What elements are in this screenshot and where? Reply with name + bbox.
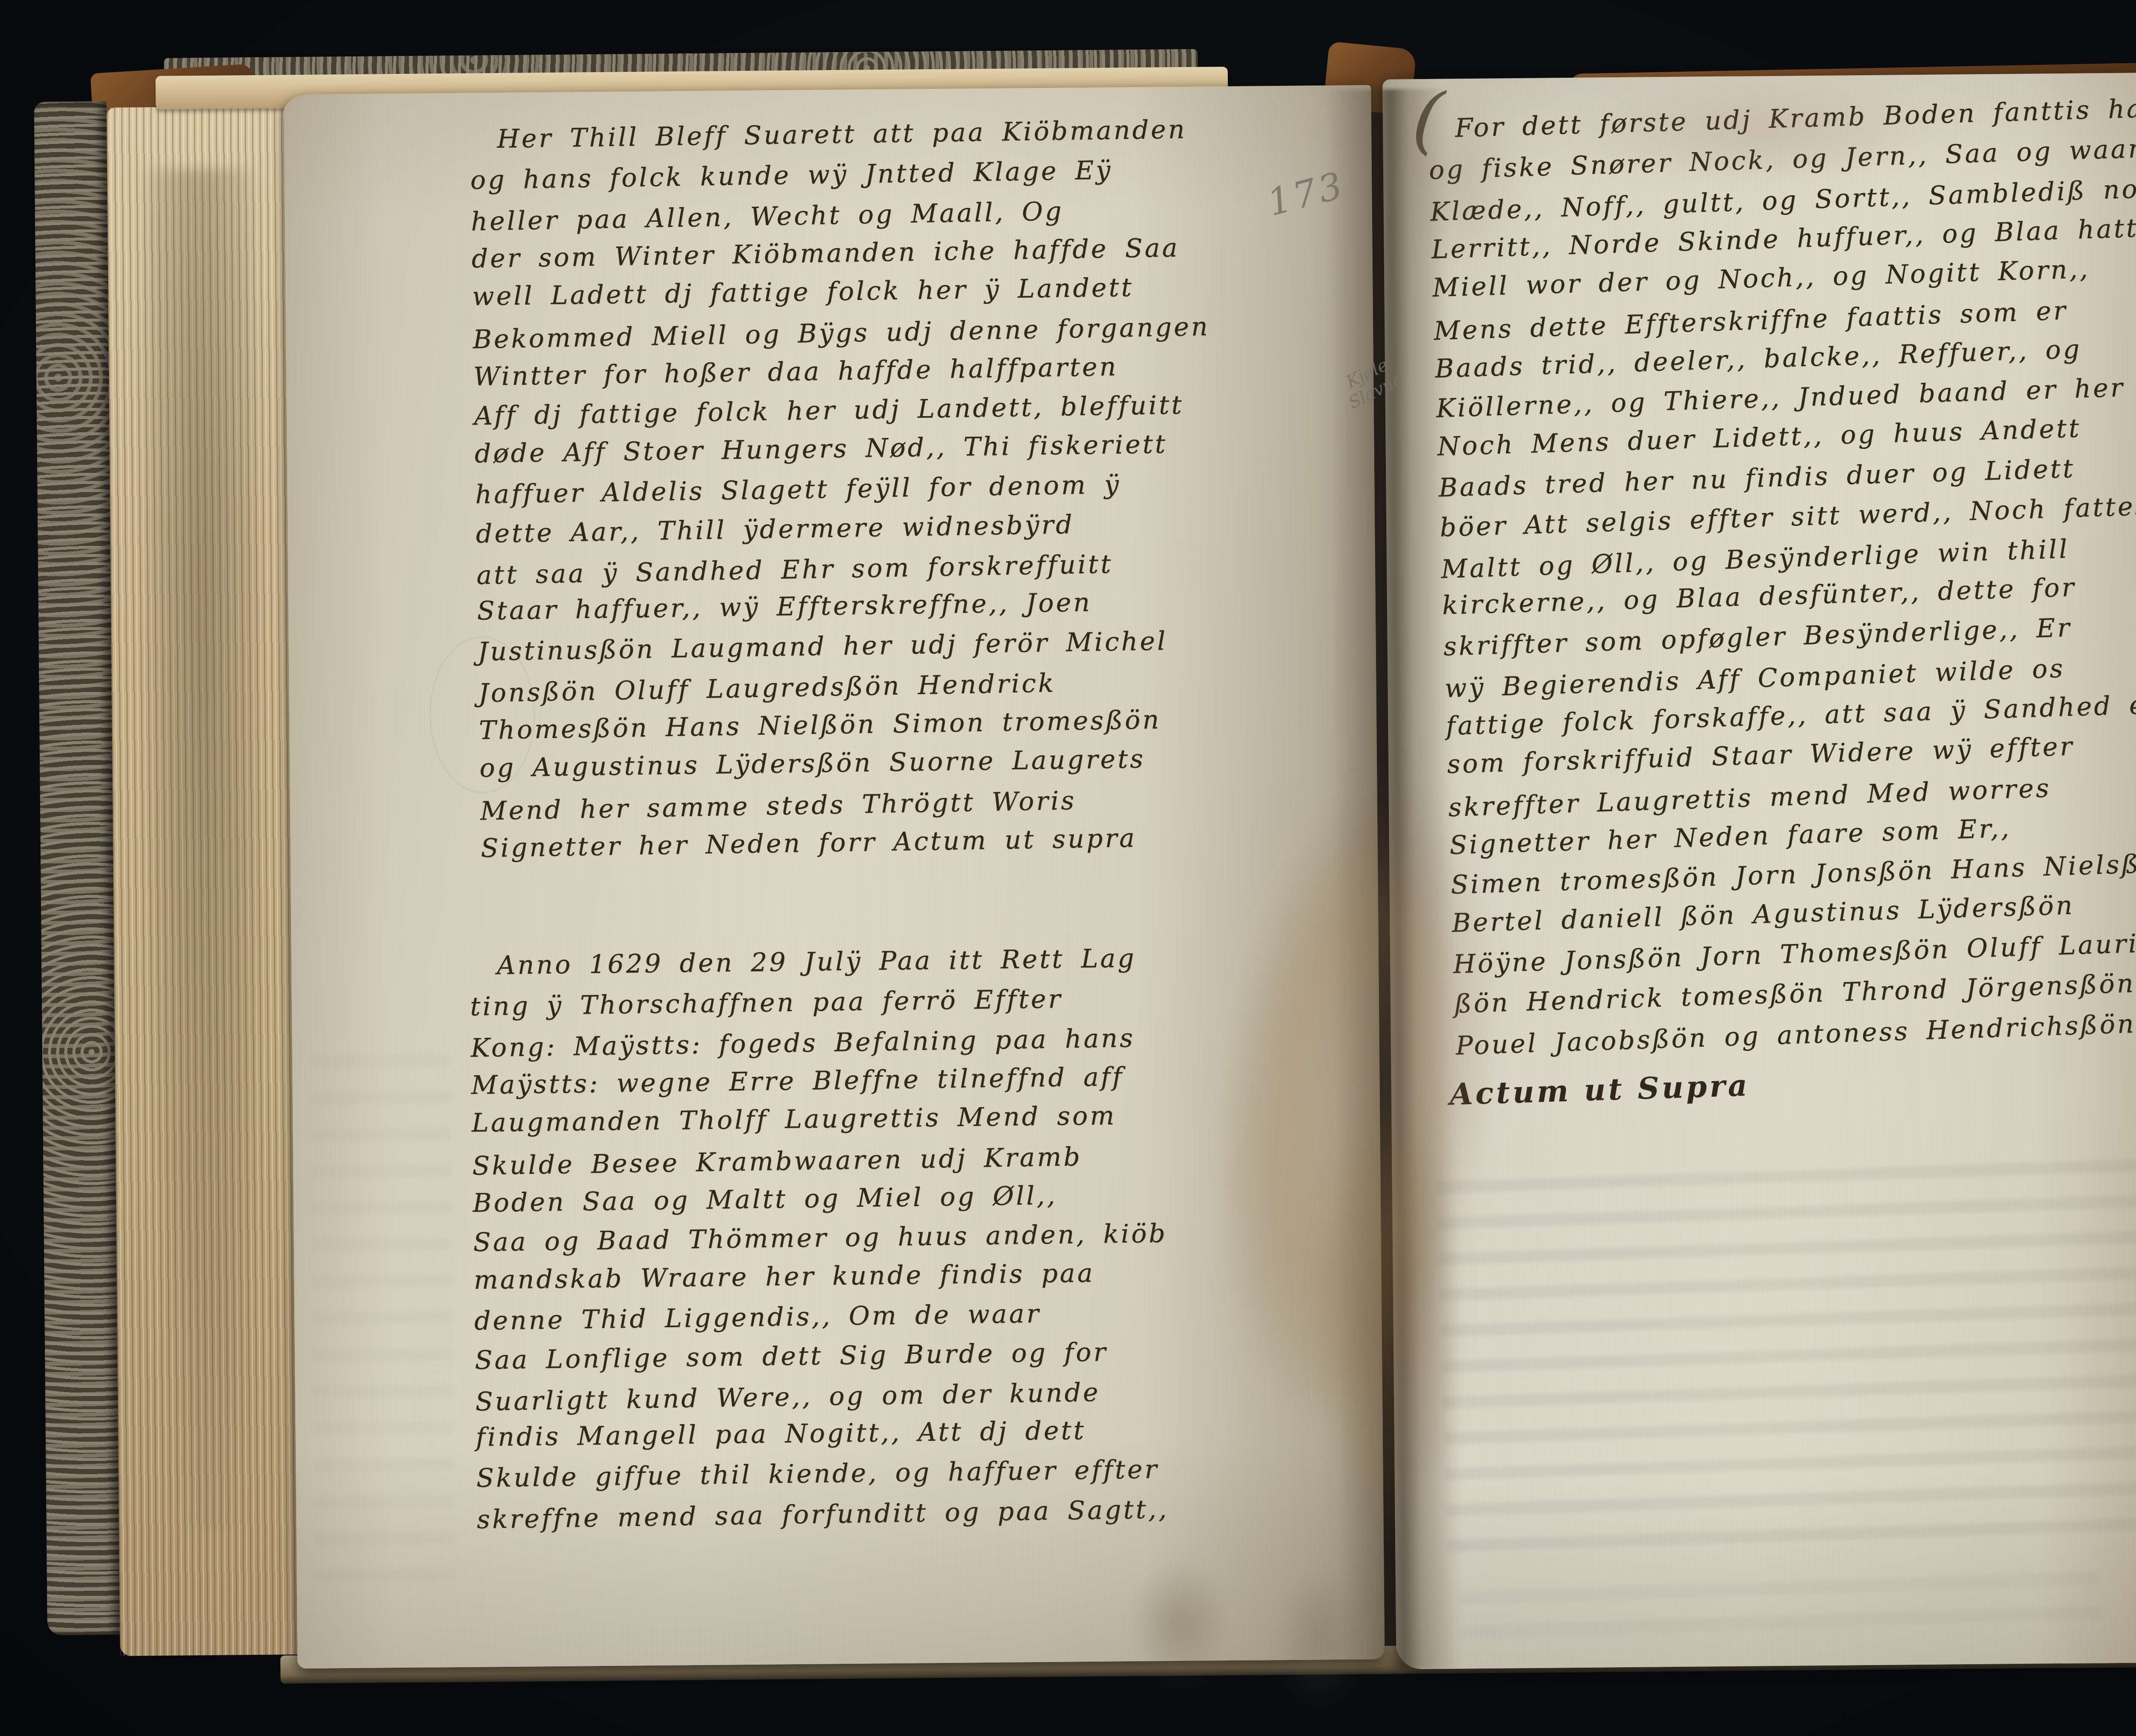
left-page-entry-2: Anno 1629 den 29 Julÿ Paa itt Rett Lagti… <box>469 937 1323 1537</box>
photo-stage: Her Thill Bleff Suarett att paa Kiöbmand… <box>0 0 2136 1736</box>
marbled-cover-left-edge <box>34 101 120 1635</box>
right-page-entry: For dett første udj Kramb Boden fanttis … <box>1427 88 2136 1064</box>
left-page-entry-1: Her Thill Bleff Suarett att paa Kiöbmand… <box>469 108 1318 868</box>
page-stack-fore-edge-left <box>107 106 304 1656</box>
manuscript-book: Her Thill Bleff Suarett att paa Kiöbmand… <box>27 31 2136 1687</box>
